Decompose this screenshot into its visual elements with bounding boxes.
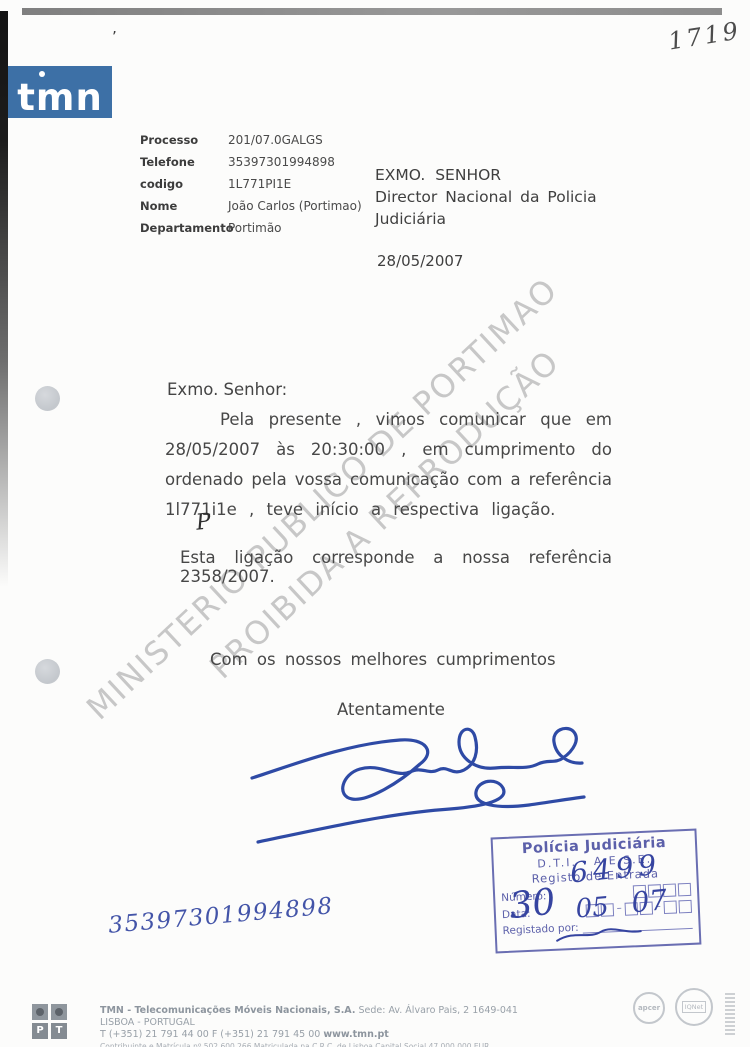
registado-scribble [555, 923, 646, 945]
addressee-line: EXMO. SENHOR [375, 164, 635, 186]
addressee-line: Director Nacional da Policia [375, 186, 635, 208]
tmn-logo-text: tmn [8, 79, 112, 116]
pt-logo-circle-icon [55, 1008, 63, 1016]
footer-company-name: TMN - Telecomunicações Móveis Nacionais,… [100, 1005, 355, 1016]
hole-punch-bottom [35, 659, 60, 684]
field-processo: Processo 201/07.0GALGS [140, 133, 440, 155]
iqnet-label: IQNet [682, 1001, 706, 1013]
letter-date: 28/05/2007 [377, 252, 463, 270]
handwritten-page-number: 1719 [666, 16, 743, 55]
scanned-letter-page: ’ 1719 tmn Processo 201/07.0GALGS Telefo… [0, 0, 750, 1047]
edge-fine-print [725, 993, 735, 1037]
pt-logo-letter-t: T [51, 1023, 67, 1039]
body-line: ordenado pela vossa comunicação com a re… [165, 470, 612, 500]
iqnet-certification-logo: IQNet [675, 988, 713, 1026]
pt-logo-circle-icon [36, 1008, 44, 1016]
footer-line2: T (+351) 21 791 44 00 F (+351) 21 791 45… [100, 1029, 540, 1041]
field-value: 1L771PI1E [228, 177, 291, 191]
paragraph-2: Esta ligação corresponde a nossa referên… [165, 548, 612, 586]
field-value: Portimão [228, 221, 282, 235]
pt-logo-square [51, 1004, 67, 1020]
pt-logo-letter-p: P [32, 1023, 48, 1039]
field-label: Processo [140, 133, 228, 147]
field-label: Departamento [140, 221, 228, 235]
scan-edge-top [22, 8, 722, 15]
footer-phones: T (+351) 21 791 44 00 F (+351) 21 791 45… [100, 1029, 323, 1040]
hole-punch-top [35, 386, 60, 411]
footer-line1: TMN - Telecomunicações Móveis Nacionais,… [100, 1005, 540, 1029]
handwritten-day: 30 [507, 881, 557, 927]
signature-scribble [250, 712, 595, 847]
body-line: 1l771i1e , teve início a respectiva liga… [165, 500, 612, 530]
handwritten-p-mark: P [195, 509, 212, 535]
field-value: João Carlos (Portimao) [228, 199, 362, 213]
scan-edge-left [0, 11, 8, 651]
footer-company-info: TMN - Telecomunicações Móveis Nacionais,… [100, 1005, 540, 1047]
paragraph-1: Pela presente , vimos comunicar que em 2… [165, 410, 612, 530]
footer-website: www.tmn.pt [323, 1029, 388, 1040]
field-label: Telefone [140, 155, 228, 169]
salutation: Exmo. Senhor: [167, 380, 287, 399]
handwritten-month: 05 [575, 892, 610, 925]
ink-speck: ’ [112, 28, 117, 46]
field-label: codigo [140, 177, 228, 191]
field-value: 35397301994898 [228, 155, 335, 169]
policia-judiciaria-stamp: Polícia Judiciária D.T.I. - A.E.S.E. Reg… [491, 829, 702, 954]
body-line: 28/05/2007 às 20:30:00 , em cumprimento … [165, 440, 612, 470]
pt-logo-square [32, 1004, 48, 1020]
handwritten-phone-number: 35397301994898 [107, 893, 334, 939]
tmn-logo: tmn [8, 66, 112, 118]
apcer-certification-logo: apcer [633, 992, 665, 1024]
body-line: Pela presente , vimos comunicar que em [165, 410, 612, 440]
footer-line3: Contribuinte e Matrícula nº 502 600 266 … [100, 1041, 540, 1047]
field-value: 201/07.0GALGS [228, 133, 323, 147]
pt-logo: P T [32, 1004, 67, 1039]
field-label: Nome [140, 199, 228, 213]
handwritten-year: 07 [630, 883, 669, 919]
closing-line: Com os nossos melhores cumprimentos [210, 650, 556, 669]
